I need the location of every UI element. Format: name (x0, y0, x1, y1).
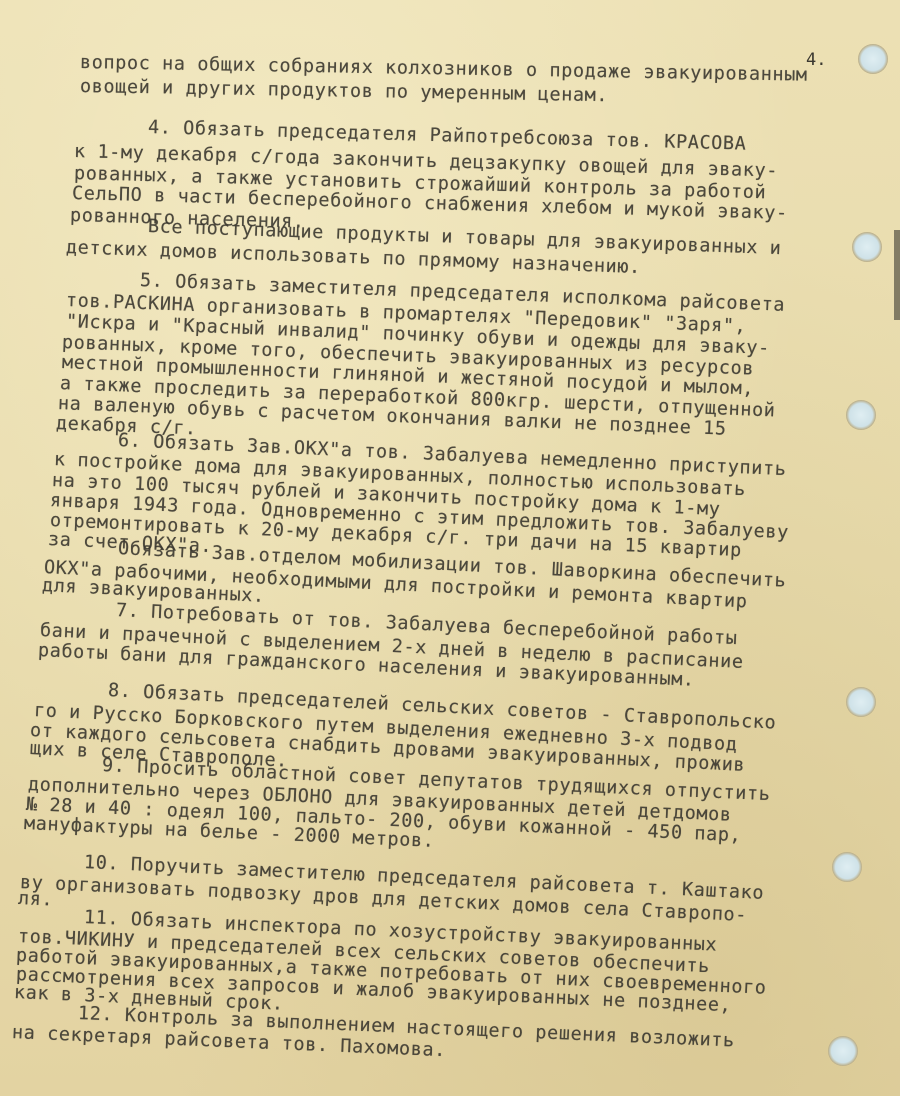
punch-hole-damage (846, 687, 876, 717)
punch-hole-damage (828, 1036, 858, 1066)
page-edge-shadow (894, 230, 900, 320)
page-number: 4. (806, 50, 826, 70)
document-page: 4. вопрос на общих собраниях колхозников… (0, 0, 900, 1096)
punch-hole-damage (832, 852, 862, 882)
punch-hole-damage (858, 44, 888, 74)
text-line: ля. (18, 888, 54, 911)
punch-hole-damage (846, 400, 876, 430)
punch-hole-damage (852, 232, 882, 262)
